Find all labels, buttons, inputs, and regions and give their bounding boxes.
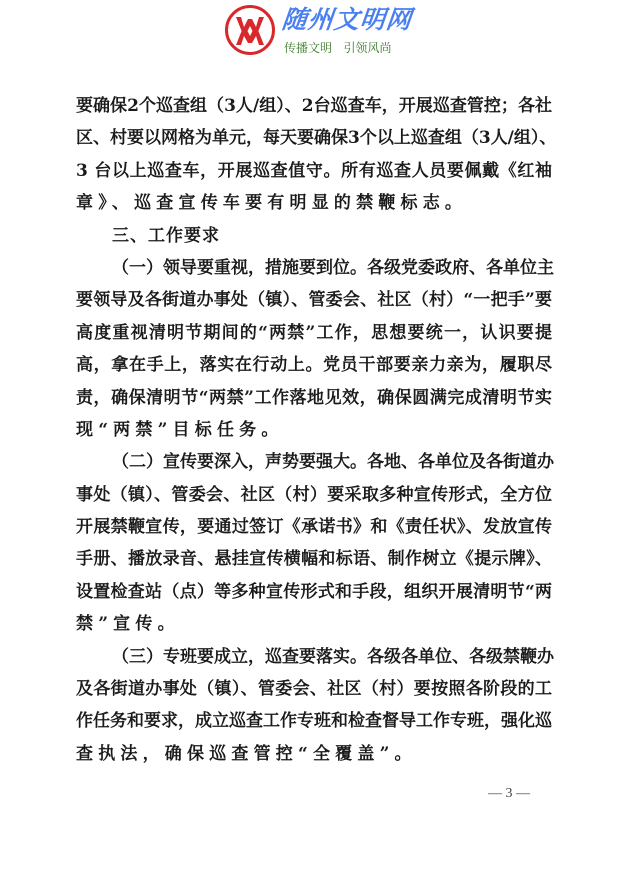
text-line: 设置检查站（点）等多种宣传形式和手段，组织开展清明节“两 <box>76 576 552 608</box>
page-number: — 3 — <box>488 786 530 802</box>
paragraph-start: （三）专班要成立，巡查要落实。各级各单位、各级禁鞭办 <box>76 641 552 673</box>
text-line: 3 台以上巡查车，开展巡查值守。所有巡查人员要佩戴《红袖 <box>76 155 552 187</box>
document-body: 要确保2个巡查组（3人/组）、2台巡查车，开展巡查管控；各社 区、村要以网格为单… <box>76 90 552 770</box>
text-line: 事处（镇）、管委会、社区（村）要采取多种宣传形式，全方位 <box>76 479 552 511</box>
text-line: 及各街道办事处（镇）、管委会、社区（村）要按照各阶段的工 <box>76 673 552 705</box>
section-heading: 三、工作要求 <box>76 220 552 252</box>
text-line: 要领导及各街道办事处（镇）、管委会、社区（村）“一把手”要 <box>76 284 552 316</box>
text-line: 章》、巡查宣传车要有明显的禁鞭标志。 <box>76 187 552 219</box>
wm-circle-logo-icon <box>224 4 276 56</box>
site-name: 随州文明网 <box>280 5 413 35</box>
text-line: 责，确保清明节“两禁”工作落地见效，确保圆满完成清明节实 <box>76 382 552 414</box>
paragraph-start: （二）宣传要深入，声势要强大。各地、各单位及各街道办 <box>76 446 552 478</box>
site-logo[interactable]: 随州文明网 传播文明 引领风尚 <box>224 3 444 61</box>
text-line: 禁”宣传。 <box>76 608 552 640</box>
site-slogan: 传播文明 引领风尚 <box>284 40 391 56</box>
text-line: 作任务和要求，成立巡查工作专班和检查督导工作专班，强化巡 <box>76 705 552 737</box>
text-line: 查执法，确保巡查管控“全覆盖”。 <box>76 738 552 770</box>
text-line: 手册、播放录音、悬挂宣传横幅和标语、制作树立《提示牌》、 <box>76 543 552 575</box>
paragraph-start: （一）领导要重视，措施要到位。各级党委政府、各单位主 <box>76 252 552 284</box>
text-line: 要确保2个巡查组（3人/组）、2台巡查车，开展巡查管控；各社 <box>76 90 552 122</box>
text-line: 开展禁鞭宣传，要通过签订《承诺书》和《责任状》、发放宣传 <box>76 511 552 543</box>
text-line: 现“两禁”目标任务。 <box>76 414 552 446</box>
text-line: 高度重视清明节期间的“两禁”工作，思想要统一，认识要提 <box>76 317 552 349</box>
text-line: 高，拿在手上，落实在行动上。党员干部要亲力亲为，履职尽 <box>76 349 552 381</box>
text-line: 区、村要以网格为单元，每天要确保3个以上巡查组（3人/组）、 <box>76 122 552 154</box>
